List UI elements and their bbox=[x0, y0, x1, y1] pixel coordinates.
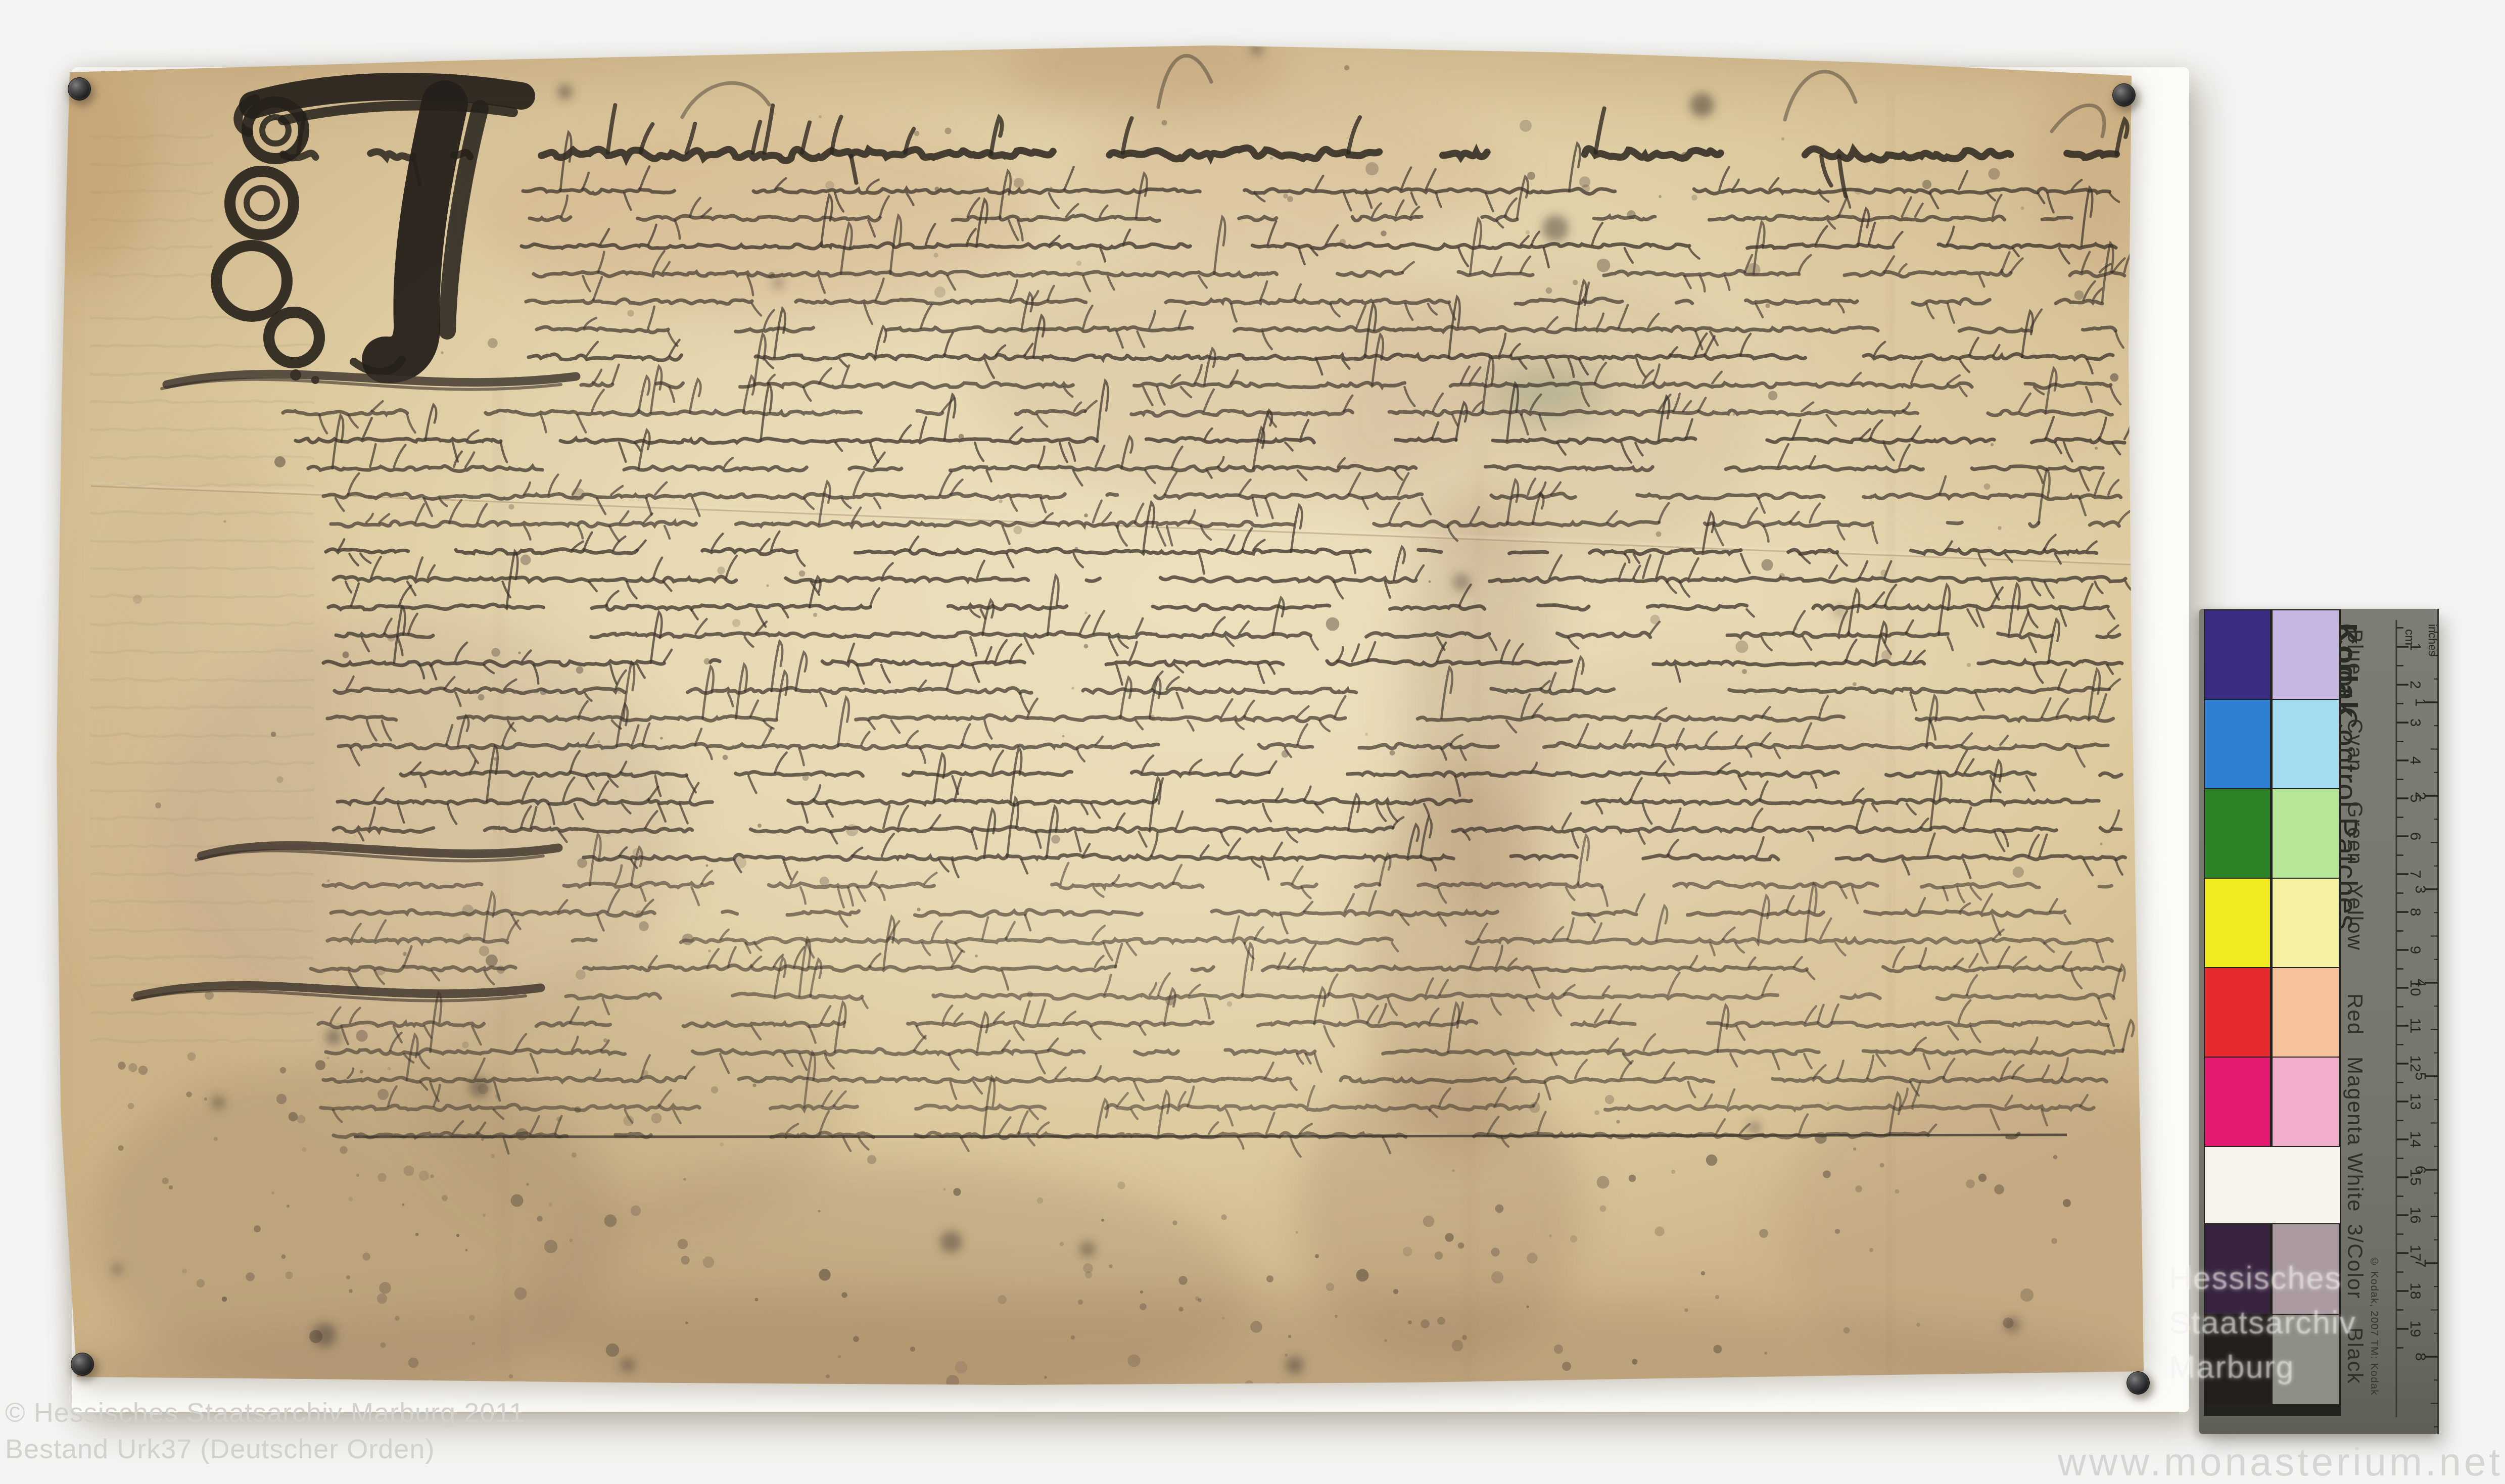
ruler-inches-label: inches bbox=[2426, 624, 2439, 656]
svg-text:7: 7 bbox=[2407, 870, 2424, 879]
manuscript-text-line bbox=[566, 993, 2114, 1000]
patch-label-white: White bbox=[2343, 1153, 2367, 1212]
patch-yellow-solid bbox=[2205, 879, 2270, 967]
corner-pin-bottom-right bbox=[2126, 1371, 2150, 1395]
patch-red-solid bbox=[2205, 968, 2270, 1057]
copyright-notice: © Hessisches Staatsarchiv Marburg 2011 B… bbox=[5, 1395, 525, 1467]
corner-pin-bottom-left bbox=[71, 1353, 94, 1376]
patch-red-tint bbox=[2273, 968, 2339, 1057]
patch-cyan-solid bbox=[2205, 700, 2270, 788]
watermark-archive-line: Hessisches bbox=[2169, 1256, 2356, 1301]
svg-text:8: 8 bbox=[2407, 908, 2424, 917]
corner-pin-top-left bbox=[68, 77, 91, 101]
manuscript-text-line bbox=[334, 577, 2125, 583]
manuscript-text-line bbox=[326, 549, 2097, 555]
copyright-line-1: © Hessisches Staatsarchiv Marburg 2011 bbox=[5, 1395, 525, 1431]
patch-yellow-tint bbox=[2273, 879, 2339, 967]
svg-text:1: 1 bbox=[2412, 698, 2429, 707]
patch-blue-solid bbox=[2205, 610, 2270, 699]
ornate-initial bbox=[216, 86, 522, 384]
ruler-cm-label: cm bbox=[2402, 629, 2416, 645]
manuscript-text-line bbox=[331, 521, 2119, 527]
watermark-archive-overlay: HessischesStaatsarchivMarburg bbox=[2169, 1256, 2356, 1390]
svg-text:6: 6 bbox=[2407, 832, 2424, 841]
manuscript-text-line bbox=[323, 660, 2122, 666]
copyright-line-2: Bestand Urk37 (Deutscher Orden) bbox=[5, 1431, 525, 1467]
patch-label-cyan: Cyan bbox=[2343, 719, 2367, 772]
svg-text:2: 2 bbox=[2412, 792, 2429, 800]
svg-text:5: 5 bbox=[2412, 1072, 2429, 1081]
svg-text:13: 13 bbox=[2407, 1093, 2424, 1110]
svg-text:19: 19 bbox=[2407, 1320, 2424, 1337]
svg-text:18: 18 bbox=[2407, 1282, 2424, 1299]
patch-green-solid bbox=[2205, 789, 2270, 878]
patch-cyan-tint bbox=[2273, 700, 2339, 788]
scan-viewport: Kodak Color Control Patches © Kodak, 200… bbox=[0, 0, 2505, 1484]
manuscript-artwork bbox=[0, 0, 2505, 1484]
svg-text:3: 3 bbox=[2407, 719, 2424, 727]
patch-label-yellow: Yellow bbox=[2343, 884, 2367, 951]
manuscript-text-line bbox=[336, 632, 2119, 638]
patch-magenta-tint bbox=[2273, 1058, 2339, 1146]
svg-text:2: 2 bbox=[2407, 681, 2424, 689]
kodak-ruler: 1234567891011121314151617181912345678cmi… bbox=[2395, 609, 2439, 1434]
svg-text:3: 3 bbox=[2412, 885, 2429, 894]
patch-green-tint bbox=[2273, 789, 2339, 878]
watermark-archive-line: Staatsarchiv bbox=[2169, 1301, 2356, 1345]
patch-blue-tint bbox=[2273, 610, 2339, 699]
svg-text:11: 11 bbox=[2407, 1018, 2424, 1033]
watermark-archive-line: Marburg bbox=[2169, 1345, 2356, 1390]
svg-text:8: 8 bbox=[2412, 1353, 2429, 1361]
svg-text:7: 7 bbox=[2412, 1259, 2429, 1268]
parchment-stains bbox=[20, 15, 2213, 1455]
patch-white bbox=[2205, 1147, 2340, 1223]
patch-label-magenta: Magenta bbox=[2343, 1057, 2367, 1146]
patch-label-green: Green bbox=[2343, 801, 2367, 866]
svg-text:9: 9 bbox=[2407, 946, 2424, 954]
svg-text:6: 6 bbox=[2412, 1166, 2429, 1174]
svg-text:16: 16 bbox=[2407, 1207, 2424, 1223]
svg-text:12: 12 bbox=[2407, 1055, 2424, 1072]
kodak-copyright: © Kodak, 2007 TM: Kodak bbox=[2368, 1256, 2380, 1396]
watermark-site-url: www.monasterium.net bbox=[2058, 1439, 2503, 1484]
svg-text:4: 4 bbox=[2412, 979, 2429, 987]
patch-magenta-solid bbox=[2205, 1058, 2270, 1146]
svg-text:4: 4 bbox=[2407, 756, 2424, 765]
patch-label-red: Red bbox=[2343, 993, 2367, 1035]
corner-pin-top-right bbox=[2112, 83, 2136, 107]
patch-label-blue: Blue bbox=[2343, 629, 2367, 676]
svg-text:14: 14 bbox=[2407, 1131, 2424, 1147]
